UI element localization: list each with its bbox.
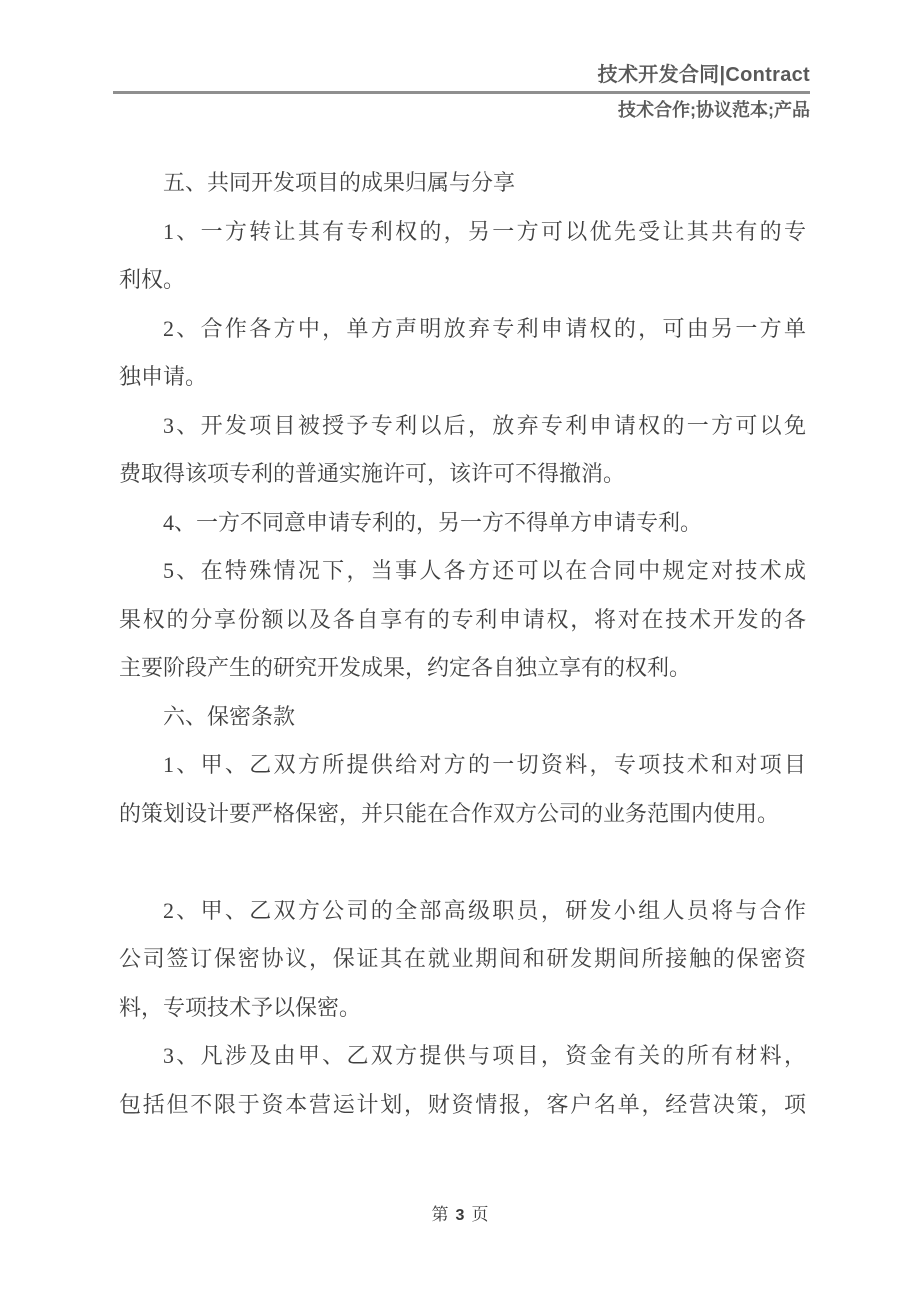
- document-body: 五、共同开发项目的成果归属与分享1、一方转让其有专利权的，另一方可以优先受让其共…: [119, 159, 806, 1129]
- text-line: 4、一方不同意申请专利的，另一方不得单方申请专利。: [119, 499, 806, 548]
- text-line: 五、共同开发项目的成果归属与分享: [119, 159, 806, 208]
- text-line: 利权。: [119, 256, 806, 305]
- page-footer: 第3页: [0, 1202, 920, 1229]
- text-line: 1、一方转让其有专利权的，另一方可以优先受让其共有的专: [119, 208, 806, 257]
- text-line: 料，专项技术予以保密。: [119, 984, 806, 1033]
- text-line: [119, 838, 806, 887]
- text-line: 包括但不限于资本营运计划，财资情报，客户名单，经营决策，项: [119, 1081, 806, 1130]
- page-number-prefix: 第: [432, 1205, 449, 1224]
- text-line: 3、凡涉及由甲、乙双方提供与项目，资金有关的所有材料，: [119, 1032, 806, 1081]
- text-line: 的策划设计要严格保密，并只能在合作双方公司的业务范围内使用。: [119, 790, 806, 839]
- page-number: 3: [456, 1207, 465, 1224]
- text-line: 3、开发项目被授予专利以后，放弃专利申请权的一方可以免: [119, 402, 806, 451]
- text-line: 主要阶段产生的研究开发成果，约定各自独立享有的权利。: [119, 644, 806, 693]
- page-number-suffix: 页: [471, 1205, 488, 1224]
- text-line: 费取得该项专利的普通实施许可，该许可不得撤消。: [119, 450, 806, 499]
- header-title: 技术开发合同|Contract: [598, 63, 810, 87]
- header-subtitle: 技术合作;协议范本;产品: [618, 99, 810, 121]
- header-divider: [113, 91, 810, 94]
- text-line: 六、保密条款: [119, 693, 806, 742]
- text-line: 2、甲、乙双方公司的全部高级职员，研发小组人员将与合作: [119, 887, 806, 936]
- text-line: 果权的分享份额以及各自享有的专利申请权，将对在技术开发的各: [119, 596, 806, 645]
- document-page: 技术开发合同|Contract 技术合作;协议范本;产品 五、共同开发项目的成果…: [0, 0, 920, 1302]
- text-line: 独申请。: [119, 353, 806, 402]
- text-line: 5、在特殊情况下，当事人各方还可以在合同中规定对技术成: [119, 547, 806, 596]
- text-line: 2、合作各方中，单方声明放弃专利申请权的，可由另一方单: [119, 305, 806, 354]
- text-line: 公司签订保密协议，保证其在就业期间和研发期间所接触的保密资: [119, 935, 806, 984]
- text-line: 1、甲、乙双方所提供给对方的一切资料，专项技术和对项目: [119, 741, 806, 790]
